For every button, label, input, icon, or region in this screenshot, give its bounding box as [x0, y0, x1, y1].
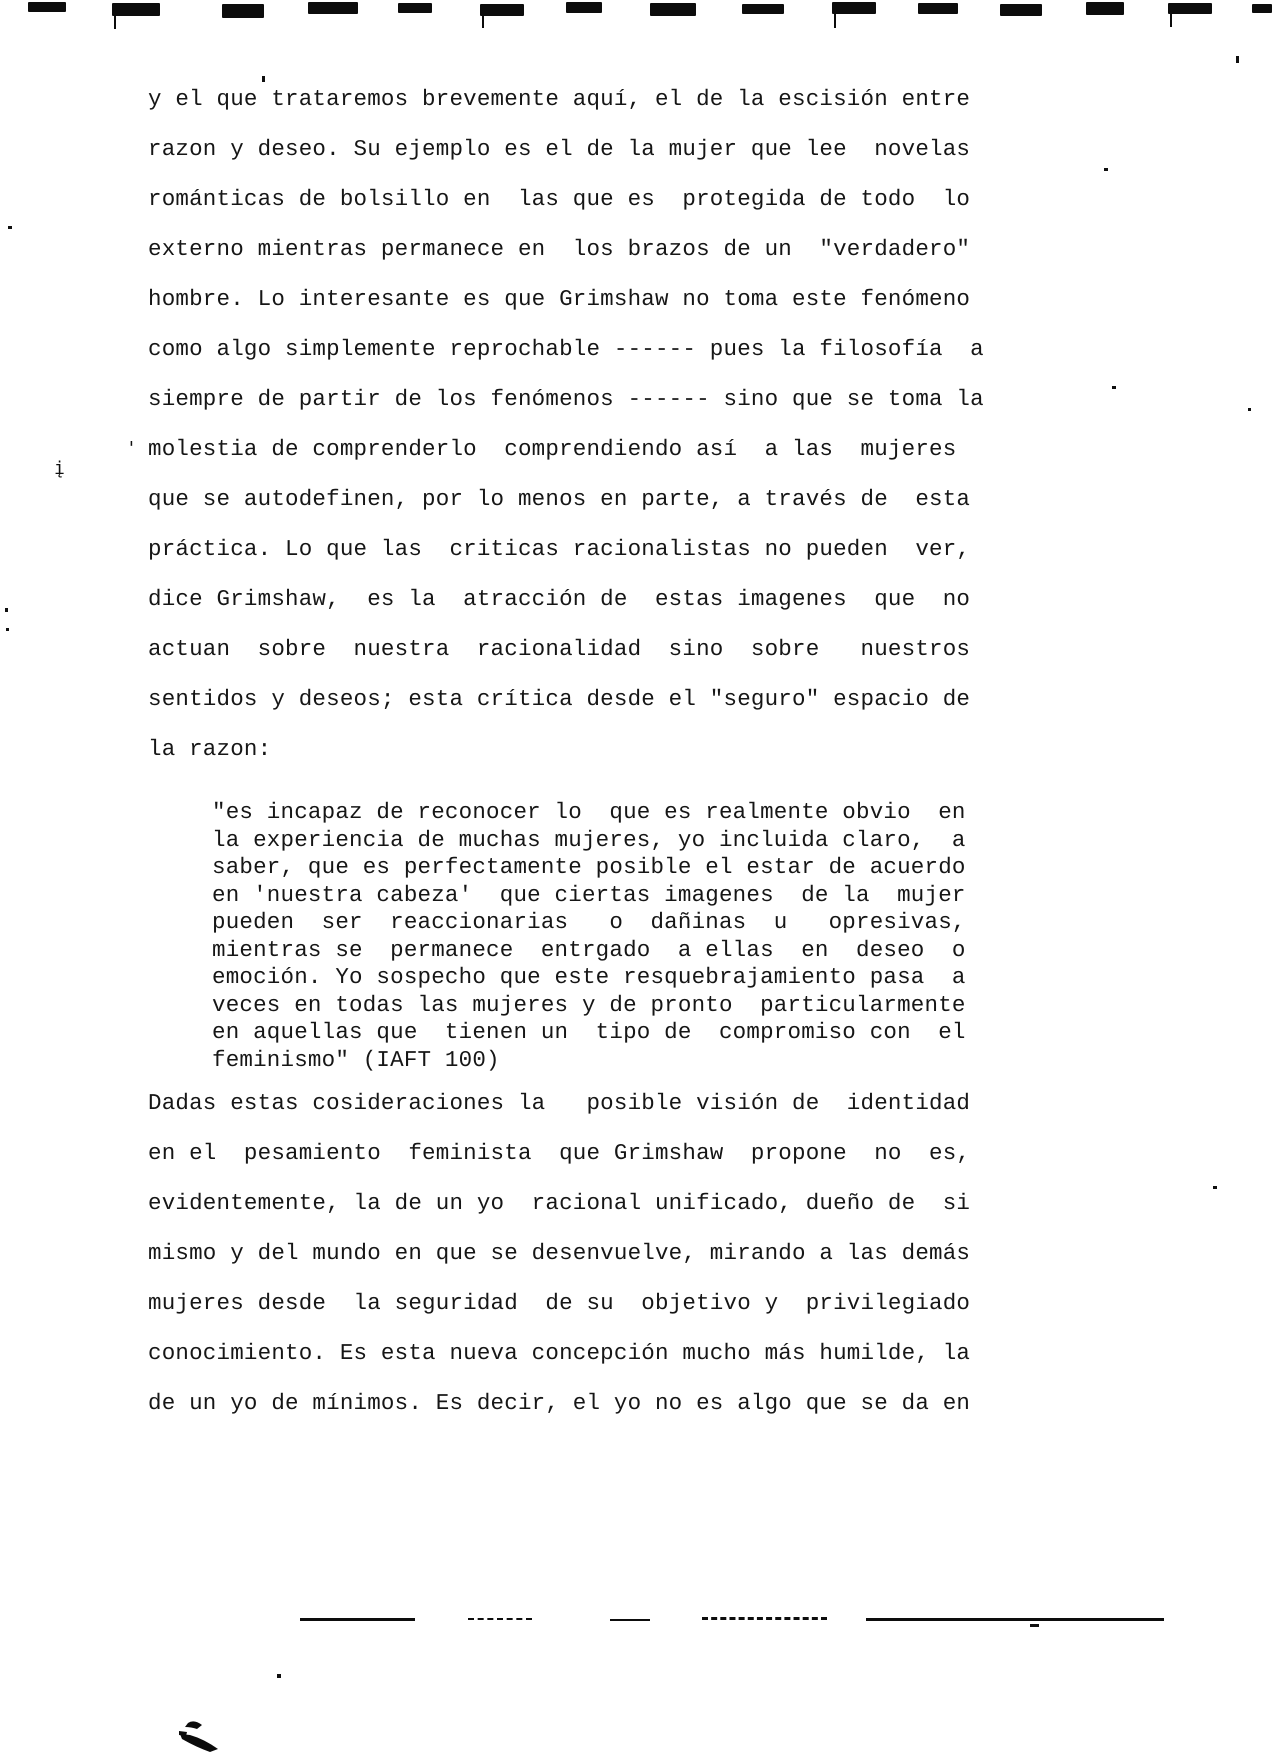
- scan-artifact-blob: [566, 2, 602, 13]
- scan-speck: [1112, 386, 1116, 389]
- scan-artifact-blob: [112, 3, 160, 16]
- scan-speck: [262, 76, 265, 82]
- scan-artifact-blob: [742, 4, 784, 14]
- scan-artifact-blob: [1000, 4, 1042, 16]
- rule-segment: [300, 1618, 415, 1621]
- scan-artifact-blob: [28, 2, 66, 12]
- scan-artifact-tick: [834, 14, 836, 28]
- scan-artifact-blob: [222, 4, 264, 18]
- scan-speck: [1236, 56, 1239, 63]
- rule-segment: [610, 1619, 650, 1621]
- scan-speck: [6, 628, 9, 631]
- scan-artifact-blob: [398, 3, 432, 13]
- margin-stray-apostrophe: ': [126, 438, 137, 459]
- scan-speck: [5, 608, 8, 612]
- ink-stroke-icon: [178, 1718, 222, 1754]
- scan-artifact-tick: [114, 15, 116, 29]
- scan-speck: [8, 226, 12, 229]
- scan-artifact-tick: [482, 14, 484, 28]
- scan-speck: [1213, 1186, 1217, 1189]
- scan-artifact-tick: [1170, 13, 1172, 27]
- blockquote-grimshaw-citation: "es incapaz de reconocer lo que es realm…: [212, 799, 966, 1074]
- scan-speck: [277, 1674, 281, 1678]
- paragraph-razon-deseo: y el que trataremos brevemente aquí, el …: [148, 74, 984, 774]
- scan-artifact-blob: [832, 2, 876, 14]
- paragraph-dadas-consideraciones: Dadas estas cosideraciones la posible vi…: [148, 1078, 970, 1428]
- rule-segment: [702, 1617, 827, 1620]
- scan-speck: [1248, 408, 1251, 411]
- scan-artifact-blob: [650, 3, 696, 16]
- scan-artifact-blob: [308, 2, 358, 14]
- scan-artifact-blob: [1168, 3, 1212, 14]
- scan-artifact-blob: [918, 3, 958, 14]
- document-page: y el que trataremos brevemente aquí, el …: [0, 0, 1275, 1755]
- scan-artifact-blob: [480, 4, 524, 16]
- rule-segment: [468, 1618, 532, 1620]
- handwritten-ink-mark: [178, 1718, 222, 1755]
- scan-artifact-blob: [1086, 2, 1124, 15]
- rule-segment: [866, 1618, 1164, 1621]
- rule-tick: [1030, 1624, 1039, 1627]
- margin-stray-glyph: į: [54, 458, 65, 479]
- scan-artifact-blob: [1252, 4, 1272, 13]
- scan-speck: [1104, 168, 1108, 171]
